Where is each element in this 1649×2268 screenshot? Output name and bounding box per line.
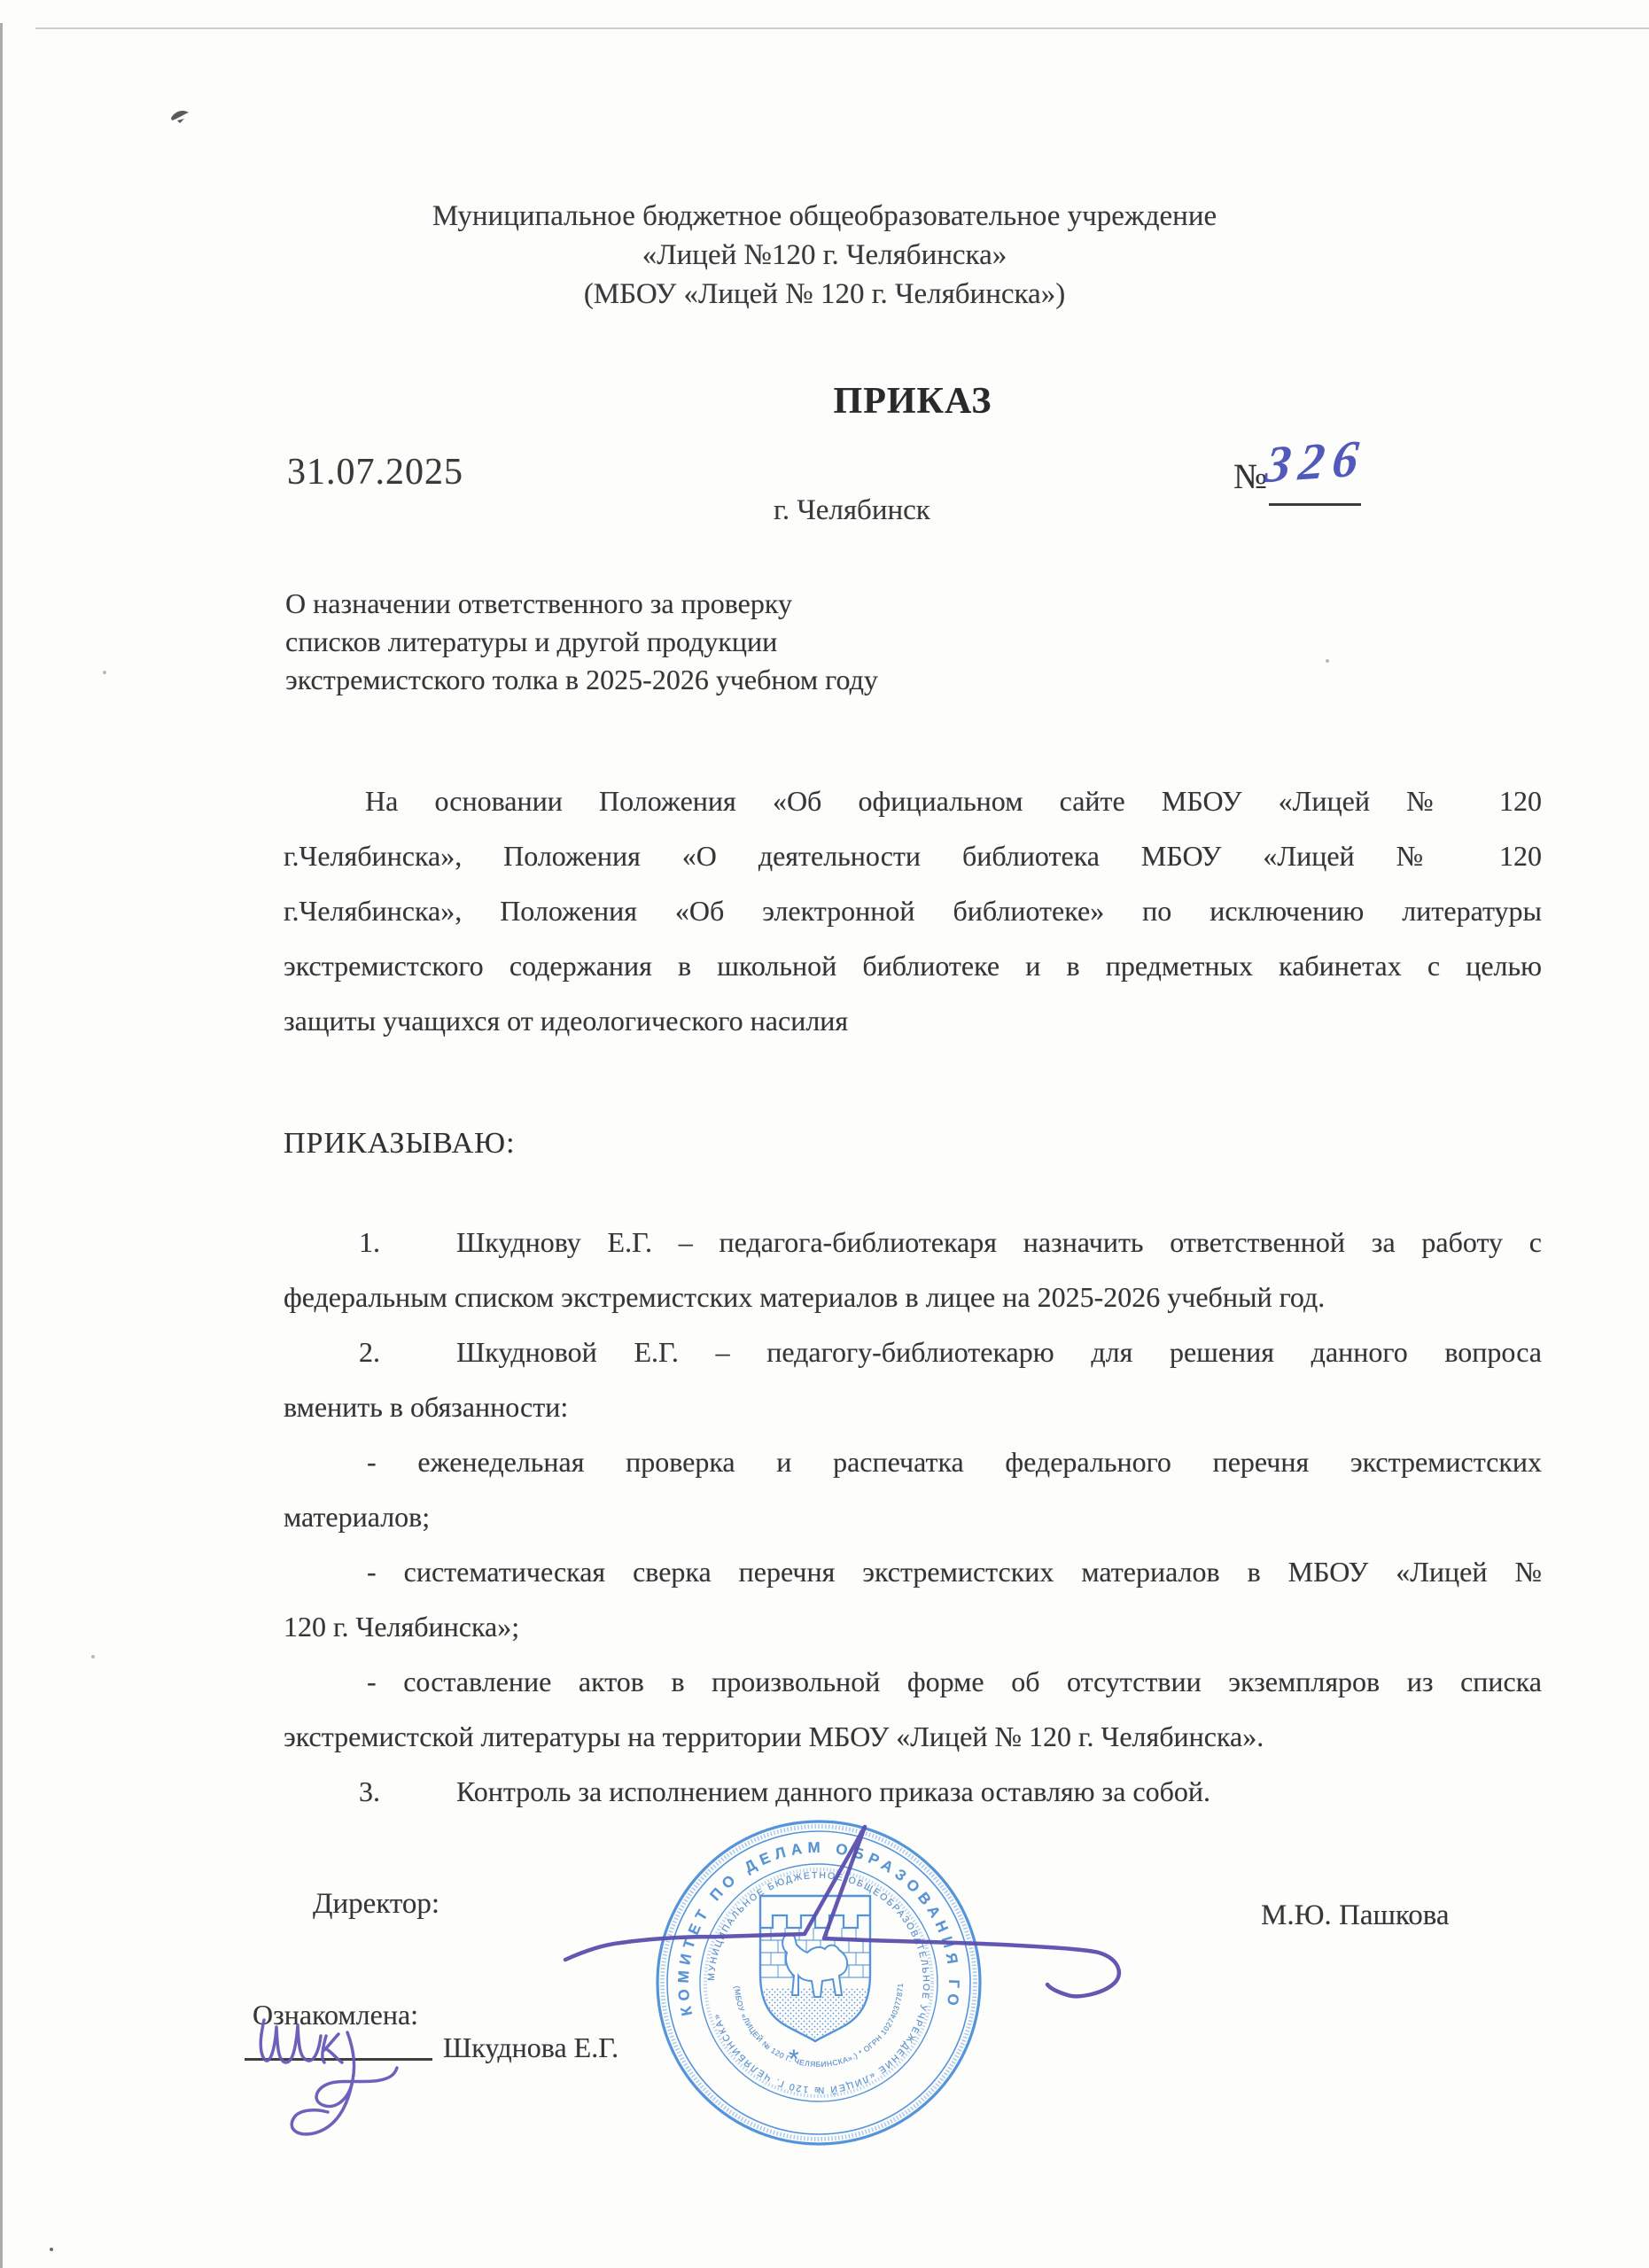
item-text: 120 г. Челябинска»; [284, 1599, 1542, 1654]
item-text: - систематическая сверка перечня экстрем… [367, 1556, 1542, 1588]
number-value-handwritten: 326 [1263, 432, 1369, 492]
ack-signature-stroke [213, 1984, 461, 2162]
scan-speck [91, 1655, 95, 1658]
subject-line: списков литературы и другой продукции [285, 623, 1083, 661]
order-subitem-1: - еженедельная проверка и распечатка фед… [284, 1434, 1542, 1544]
pen-mark-icon [168, 106, 193, 126]
org-line-2: «Лицей №120 г. Челябинска» [0, 236, 1649, 275]
preamble-line: экстремистского содержания в школьной би… [284, 938, 1542, 993]
item-number: 1. [359, 1226, 380, 1258]
org-line-1: Муниципальное бюджетное общеобразователь… [0, 197, 1649, 236]
org-header: Муниципальное бюджетное общеобразователь… [0, 197, 1649, 314]
preamble-line: защиты учащихся от идеологического насил… [284, 993, 1542, 1048]
order-date: 31.07.2025 [287, 454, 463, 491]
item-text: Шкуднову Е.Г. – педагога-библиотекаря на… [456, 1226, 1542, 1258]
item-text: федеральным списком экстремистских матер… [284, 1270, 1542, 1324]
preamble-paragraph: На основании Положения «Об официальном с… [284, 773, 1542, 1048]
item-text: материалов; [284, 1489, 1542, 1544]
item-text: Шкудновой Е.Г. – педагогу-библиотекарю д… [456, 1336, 1542, 1368]
item-number: 2. [359, 1336, 380, 1368]
order-subitem-2: - систематическая сверка перечня экстрем… [284, 1544, 1542, 1654]
scan-line-artifact [35, 27, 1649, 29]
scanned-order-page: Муниципальное бюджетное общеобразователь… [0, 0, 1649, 2268]
scan-speck [103, 671, 106, 674]
item-text: вменить в обязанности: [284, 1379, 1542, 1434]
order-item-2: 2.Шкудновой Е.Г. – педагогу-библиотекарю… [284, 1324, 1542, 1434]
city-line: г. Челябинск [774, 496, 930, 525]
preamble-line: г.Челябинска», Положения «О деятельности… [284, 828, 1542, 883]
order-items: 1.Шкуднову Е.Г. – педагога-библиотекаря … [284, 1215, 1542, 1819]
scan-edge-artifact [0, 23, 3, 2268]
preamble-line: г.Челябинска», Положения «Об электронной… [284, 883, 1542, 938]
subject-block: О назначении ответственного за проверку … [285, 585, 1083, 699]
scan-speck [50, 2248, 53, 2251]
scan-speck [1326, 659, 1329, 663]
number-underline [1269, 503, 1361, 506]
subject-line: О назначении ответственного за проверку [285, 585, 1083, 623]
stamp-asterisk: * [789, 2045, 799, 2074]
directive-word: ПРИКАЗЫВАЮ: [284, 1129, 516, 1159]
document-title: ПРИКАЗ [284, 383, 1542, 420]
item-text: - составление актов в произвольной форме… [367, 1666, 1542, 1697]
preamble-line: На основании Положения «Об официальном с… [284, 773, 1542, 828]
order-subitem-3: - составление актов в произвольной форме… [284, 1654, 1542, 1764]
ack-name: Шкуднова Е.Г. [443, 2033, 618, 2062]
subject-line: экстремистского толка в 2025-2026 учебно… [285, 661, 1083, 699]
org-line-3: (МБОУ «Лицей № 120 г. Челябинска») [0, 275, 1649, 314]
item-text: - еженедельная проверка и распечатка фед… [367, 1446, 1542, 1478]
order-item-1: 1.Шкуднову Е.Г. – педагога-библиотекаря … [284, 1215, 1542, 1324]
director-signature-stroke [372, 1798, 1170, 2029]
item-text: экстремистской литературы на территории … [284, 1709, 1542, 1764]
signature-name: М.Ю. Пашкова [1261, 1901, 1450, 1930]
